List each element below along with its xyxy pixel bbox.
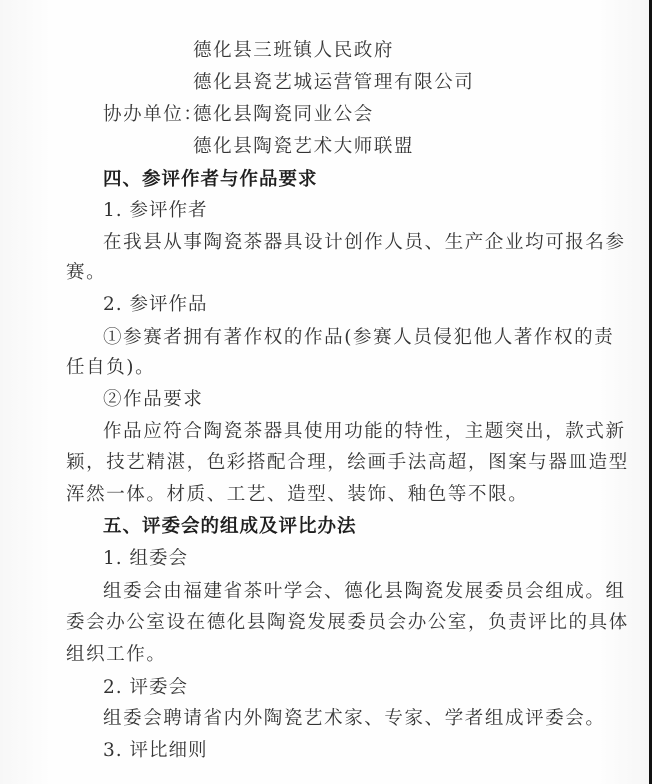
paragraph-line: 组委会由福建省茶叶学会、德化县陶瓷发展委员会组成。组 [103,581,626,603]
paragraph-line: 浑然一体。材质、工艺、造型、装饰、釉色等不限。 [66,484,528,506]
section-heading: 四、参评作者与作品要求 [103,169,318,191]
item-title: ②作品要求 [103,389,204,411]
co-organizer-line: 德化县陶瓷同业公会 [193,104,374,126]
paragraph-line: 作品应符合陶瓷茶器具使用功能的特性，主题突出，款式新 [103,421,626,443]
subsection-title: 1. 参评作者 [103,200,208,222]
organizer-line: 德化县瓷艺城运营管理有限公司 [193,72,474,94]
co-organizers-label: 协办单位： [103,104,204,126]
paragraph-line: 组委会聘请省内外陶瓷艺术家、专家、学者组成评委会。 [103,708,606,730]
paragraph-line: ①参赛者拥有著作权的作品(参赛人员侵犯他人著作权的责 [103,327,614,349]
paragraph-line: 委会办公室设在德化县陶瓷发展委员会办公室，负责评比的具体 [66,612,629,634]
subsection-title: 1. 组委会 [103,548,188,570]
subsection-title: 2. 评委会 [103,677,188,699]
subsection-title: 3. 评比细则 [103,740,208,762]
section-heading: 五、评委会的组成及评比办法 [103,516,357,538]
organizer-line: 德化县三班镇人民政府 [193,40,394,62]
paragraph-line: 组织工作。 [66,644,167,666]
paragraph-line: 颖，技艺精湛，色彩搭配合理，绘画手法高超，图案与器皿造型 [66,452,629,474]
paragraph-line: 任自负)。 [66,357,155,379]
paragraph-line: 在我县从事陶瓷茶器具设计创作人员、生产企业均可报名参 [103,232,626,254]
paragraph-line: 赛。 [66,262,106,284]
co-organizer-line: 德化县陶瓷艺术大师联盟 [193,136,414,158]
subsection-title: 2. 参评作品 [103,294,208,316]
document-page: 德化县三班镇人民政府 德化县瓷艺城运营管理有限公司 协办单位： 德化县陶瓷同业公… [0,0,649,784]
